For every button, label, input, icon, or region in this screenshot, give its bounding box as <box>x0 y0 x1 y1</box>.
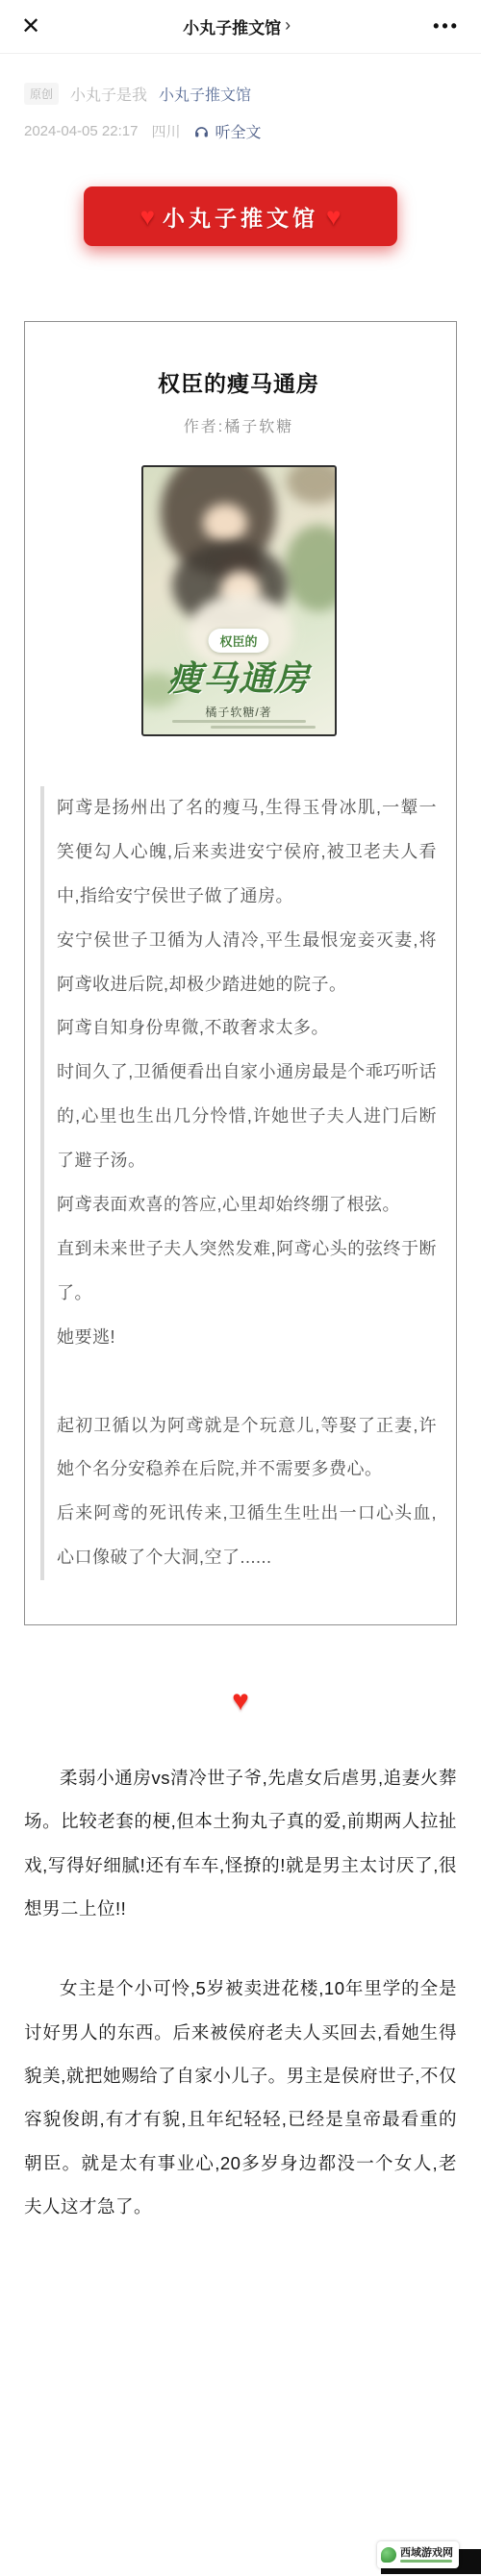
account-title-text: 小丸子推文馆 <box>183 14 281 38</box>
paragraph: 直到未来世子夫人突然发难,阿鸢心头的弦终于断了。 <box>57 1227 437 1316</box>
paragraph: 阿鸢是扬州出了名的瘦马,生得玉骨冰肌,一颦一笑便勾人心魄,后来卖进安宁侯府,被卫… <box>57 786 437 919</box>
page-title[interactable]: 小丸子推文馆 › <box>183 14 291 38</box>
watermark-subline <box>400 2560 452 2563</box>
heart-icon: ♥ <box>326 202 341 232</box>
cover-credits-line <box>211 726 316 729</box>
novel-synopsis: 阿鸢是扬州出了名的瘦马,生得玉骨冰肌,一颦一笑便勾人心魄,后来卖进安宁侯府,被卫… <box>40 786 437 1580</box>
byline-row: 原创 小丸子是我 小丸子推文馆 <box>24 83 457 105</box>
cover-title-calligraphy: 瘦马通房 <box>143 652 335 701</box>
novel-title: 权臣的瘦马通房 <box>40 366 437 398</box>
cover-art-shape <box>287 465 337 504</box>
paragraph: 安宁侯世子卫循为人清冷,平生最恨宠妾灭妻,将阿鸢收进后院,却极少踏进她的院子。 <box>57 919 437 1007</box>
original-badge: 原创 <box>24 83 59 105</box>
close-icon[interactable]: ✕ <box>21 15 40 38</box>
listen-label: 听全文 <box>215 120 261 142</box>
novel-author-line: 作者:橘子软糖 <box>40 414 437 436</box>
channel-banner[interactable]: ♥ 小丸子推文馆 ♥ <box>84 186 397 246</box>
review-section: 柔弱小通房vs清冷世子爷,先虐女后虐男,追妻火葬场。比较老套的梗,但本土狗丸子真… <box>24 1756 457 2228</box>
chevron-right-icon: › <box>285 15 291 36</box>
banner-text: 小丸子推文馆 <box>163 201 318 233</box>
meta-row: 2024-04-05 22:17 四川 听全文 <box>24 120 457 142</box>
cover-art-shape <box>203 504 247 542</box>
author-name: 小丸子是我 <box>70 83 147 105</box>
headphone-icon <box>193 123 210 139</box>
publish-location: 四川 <box>151 121 180 141</box>
paragraph: 后来阿鸢的死讯传来,卫循生生吐出一口心头血,心口像破了个大洞,空了...... <box>57 1492 437 1580</box>
paragraph: 女主是个小可怜,5岁被卖进花楼,10年里学的全是讨好男人的东西。后来被侯府老夫人… <box>24 1967 457 2228</box>
article-body: 原创 小丸子是我 小丸子推文馆 2024-04-05 22:17 四川 听全文 … <box>0 83 481 2228</box>
cover-author: 橘子软糖/著 <box>143 704 335 720</box>
heart-icon: ♥ <box>140 202 155 232</box>
top-nav: ✕ 小丸子推文馆 › ••• <box>0 0 481 54</box>
listen-full-text-button[interactable]: 听全文 <box>193 120 261 142</box>
watermark-site-name: 西域游戏网 <box>400 2547 453 2559</box>
more-menu-icon[interactable]: ••• <box>433 16 460 37</box>
paragraph: 她要逃! <box>57 1316 437 1360</box>
paragraph: 阿鸢自知身份卑微,不敢奢求太多。 <box>57 1006 437 1051</box>
paragraph: 阿鸢表面欢喜的答应,心里却始终绷了根弦。 <box>57 1183 437 1227</box>
watermark-label: 西域游戏网 <box>377 2541 459 2568</box>
cover-series-tag: 权臣的 <box>208 629 268 653</box>
book-cover-image: 权臣的 瘦马通房 橘子软糖/著 <box>141 465 337 736</box>
cover-art-shape <box>285 525 337 611</box>
publish-date: 2024-04-05 22:17 <box>24 123 138 139</box>
site-watermark: 西域游戏网 <box>377 2541 481 2574</box>
paragraph <box>57 1360 437 1404</box>
paragraph: 起初卫循以为阿鸢就是个玩意儿,等娶了正妻,许她个名分安稳养在后院,并不需要多费心… <box>57 1404 437 1493</box>
cover-credits-line <box>172 720 306 723</box>
paragraph: 时间久了,卫循便看出自家小通房最是个乖巧听话的,心里也生出几分怜惜,许她世子夫人… <box>57 1051 437 1183</box>
paragraph: 柔弱小通房vs清冷世子爷,先虐女后虐男,追妻火葬场。比较老套的梗,但本土狗丸子真… <box>24 1756 457 1930</box>
novel-card: 权臣的瘦马通房 作者:橘子软糖 权臣的 瘦马通房 橘子软糖/著 阿鸢是扬州出了名… <box>24 321 457 1625</box>
watermark-logo-icon <box>381 2547 396 2563</box>
account-link[interactable]: 小丸子推文馆 <box>159 83 251 105</box>
heart-divider-icon: ♥ <box>24 1685 457 1718</box>
